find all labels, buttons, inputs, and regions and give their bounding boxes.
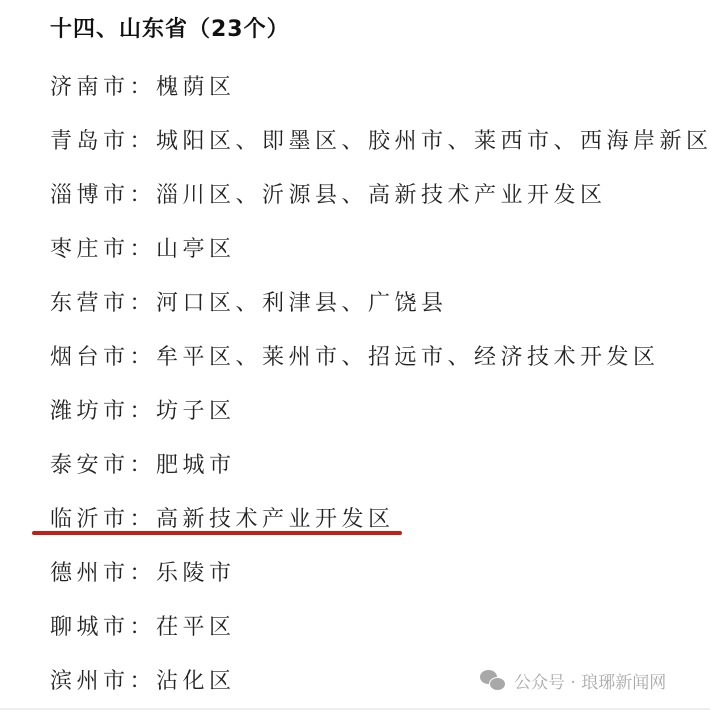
city-label: 东营市： — [50, 291, 156, 316]
list-item-weifang: 潍坊市：坊子区 — [50, 394, 236, 425]
district-list: 坊子区 — [156, 399, 236, 424]
city-label: 青岛市： — [50, 129, 156, 154]
list-item-dezhou: 德州市：乐陵市 — [50, 556, 236, 587]
city-label: 德州市： — [50, 561, 156, 586]
list-item-jinan: 济南市：槐荫区 — [50, 70, 236, 101]
wechat-icon — [480, 670, 508, 692]
district-list: 牟平区、莱州市、招远市、经济技术开发区 — [156, 345, 660, 370]
district-list: 河口区、利津县、广饶县 — [156, 291, 448, 316]
list-item-zibo: 淄博市：淄川区、沂源县、高新技术产业开发区 — [50, 178, 607, 209]
list-item-dongying: 东营市：河口区、利津县、广饶县 — [50, 286, 448, 317]
city-label: 济南市： — [50, 75, 156, 100]
watermark-text: 公众号 · 琅琊新闻网 — [514, 668, 666, 693]
city-label: 泰安市： — [50, 453, 156, 478]
district-list: 高新技术产业开发区 — [156, 507, 395, 532]
district-list: 城阳区、即墨区、胶州市、莱西市、西海岸新区 — [156, 129, 710, 154]
district-list: 乐陵市 — [156, 561, 236, 586]
district-list: 山亭区 — [156, 237, 236, 262]
city-label: 聊城市： — [50, 615, 156, 640]
list-item-zaozhuang: 枣庄市：山亭区 — [50, 232, 236, 263]
list-item-linyi: 临沂市：高新技术产业开发区 — [50, 502, 395, 533]
district-list: 沾化区 — [156, 669, 236, 694]
city-label: 临沂市： — [50, 507, 156, 532]
highlight-underline — [32, 531, 402, 535]
city-label: 枣庄市： — [50, 237, 156, 262]
district-list: 槐荫区 — [156, 75, 236, 100]
list-item-binzhou: 滨州市：沾化区 — [50, 664, 236, 695]
list-item-yantai: 烟台市：牟平区、莱州市、招远市、经济技术开发区 — [50, 340, 660, 371]
list-item-taian: 泰安市：肥城市 — [50, 448, 236, 479]
city-label: 淄博市： — [50, 183, 156, 208]
list-item-qingdao: 青岛市：城阳区、即墨区、胶州市、莱西市、西海岸新区 — [50, 124, 710, 155]
city-label: 潍坊市： — [50, 399, 156, 424]
list-item-liaocheng: 聊城市：茌平区 — [50, 610, 236, 641]
district-list: 茌平区 — [156, 615, 236, 640]
district-list: 淄川区、沂源县、高新技术产业开发区 — [156, 183, 607, 208]
district-list: 肥城市 — [156, 453, 236, 478]
city-label: 滨州市： — [50, 669, 156, 694]
watermark: 公众号 · 琅琊新闻网 — [480, 668, 666, 693]
city-label: 烟台市： — [50, 345, 156, 370]
section-heading: 十四、山东省（23个） — [50, 12, 290, 43]
